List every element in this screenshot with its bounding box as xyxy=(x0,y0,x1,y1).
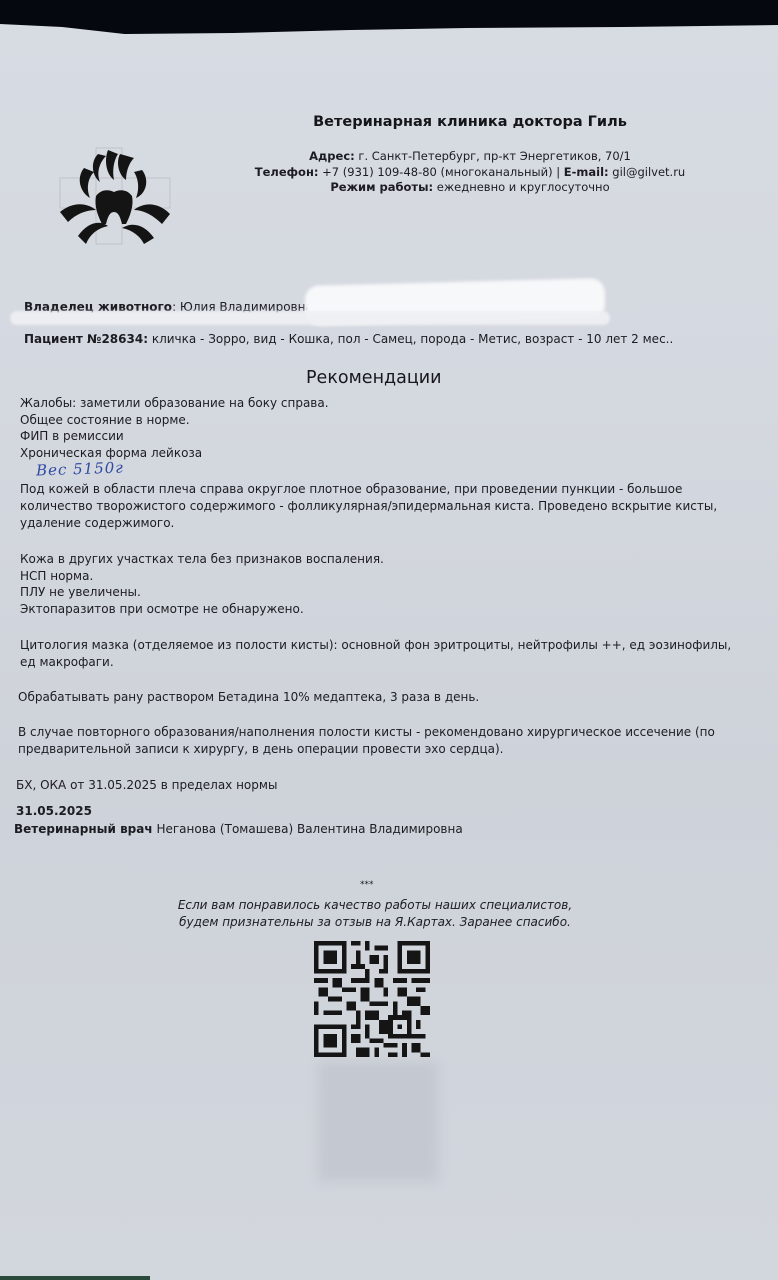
qr-code-icon[interactable] xyxy=(314,941,430,1057)
surgery-paragraph: В случае повторного образования/наполнен… xyxy=(18,724,738,758)
handwritten-weight: Вес 5150г xyxy=(36,458,124,479)
patient-line: Пациент №28634: кличка - Зорро, вид - Ко… xyxy=(24,332,673,346)
cytology-paragraph: Цитология мазка (отделяемое из полости к… xyxy=(20,637,740,671)
treatment-paragraph: Обрабатывать рану раствором Бетадина 10%… xyxy=(18,690,479,704)
document-date: 31.05.2025 xyxy=(16,804,92,818)
clinic-header: Ветеринарная клиника доктора Гиль Адрес:… xyxy=(250,114,690,196)
separator: *** xyxy=(360,880,374,890)
clinic-email: gil@gilvet.ru xyxy=(612,165,685,179)
show-through-shadow xyxy=(318,1062,438,1182)
complaints-block: Жалобы: заметили образование на боку спр… xyxy=(20,395,740,461)
exam-block: Кожа в других участках тела без признако… xyxy=(20,551,740,617)
clinic-name: Ветеринарная клиника доктора Гиль xyxy=(250,114,690,130)
findings-paragraph: Под кожей в области плеча справа округло… xyxy=(20,481,740,532)
clinic-hours: Режим работы: ежедневно и круглосуточно xyxy=(250,180,690,196)
document-title: Рекомендации xyxy=(306,368,442,388)
doctor-line: Ветеринарный врач Неганова (Томашева) Ва… xyxy=(14,822,463,836)
lotus-tooth-logo-icon xyxy=(56,140,174,250)
redaction-mark xyxy=(10,311,610,325)
document-page: Ветеринарная клиника доктора Гиль Адрес:… xyxy=(0,22,778,1280)
clinic-contacts: Телефон: +7 (931) 109-48-80 (многоканаль… xyxy=(250,165,690,181)
background-edge xyxy=(0,1276,150,1280)
review-request: Если вам понравилось качество работы наш… xyxy=(160,897,590,930)
labs-line: БХ, ОКА от 31.05.2025 в пределах нормы xyxy=(16,778,277,792)
clinic-address: Адрес: г. Санкт-Петербург, пр-кт Энергет… xyxy=(250,149,690,165)
